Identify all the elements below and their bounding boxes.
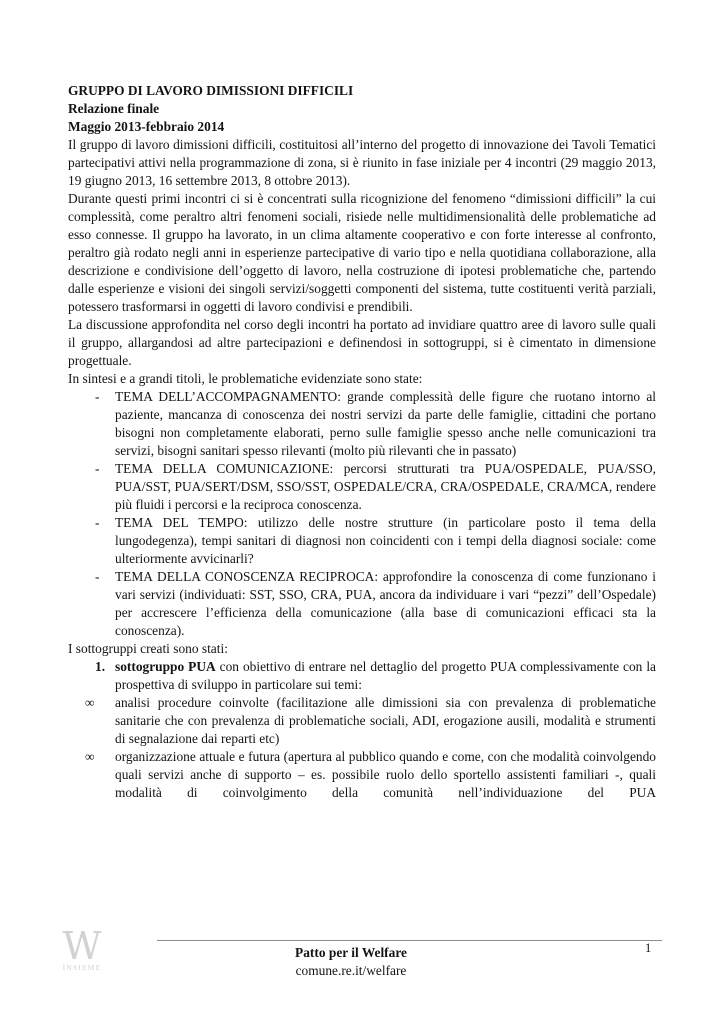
infinity-bullet-marker: ∞ xyxy=(85,748,95,766)
discussion-paragraph: La discussione approfondita nel corso de… xyxy=(68,316,656,370)
dash-bullet-item-accompagnamento: - TEMA DELL’ACCOMPAGNAMENTO: grande comp… xyxy=(68,388,656,460)
dash-bullet-text: TEMA DELL’ACCOMPAGNAMENTO: grande comple… xyxy=(115,389,656,458)
dash-bullet-marker: - xyxy=(95,388,99,406)
numbered-item-bold-text: sottogruppo PUA xyxy=(115,659,216,674)
doc-subtitle: Relazione finale xyxy=(68,100,656,118)
dash-bullet-marker: - xyxy=(95,514,99,532)
infinity-bullet-text: organizzazione attuale e futura (apertur… xyxy=(115,749,656,800)
numbered-item-marker: 1. xyxy=(95,658,105,676)
numbered-item-sottogruppo-pua: 1. sottogruppo PUA con obiettivo di entr… xyxy=(68,658,656,694)
footer-url: comune.re.it/welfare xyxy=(68,962,634,980)
dash-bullet-item-tempo: - TEMA DEL TEMPO: utilizzo delle nostre … xyxy=(68,514,656,568)
summary-lead-paragraph: In sintesi e a grandi titoli, le problem… xyxy=(68,370,656,388)
dash-bullet-text: TEMA DELLA CONOSCENZA RECIPROCA: approfo… xyxy=(115,569,656,638)
infinity-bullet-item-organizzazione: ∞ organizzazione attuale e futura (apert… xyxy=(68,748,656,802)
dash-bullet-text: TEMA DEL TEMPO: utilizzo delle nostre st… xyxy=(115,515,656,566)
infinity-bullet-item-analisi: ∞ analisi procedure coinvolte (facilitaz… xyxy=(68,694,656,748)
dash-bullet-item-conoscenza-reciproca: - TEMA DELLA CONOSCENZA RECIPROCA: appro… xyxy=(68,568,656,640)
footer-divider xyxy=(157,940,662,941)
dash-bullet-text: TEMA DELLA COMUNICAZIONE: percorsi strut… xyxy=(115,461,656,512)
infinity-bullet-marker: ∞ xyxy=(85,694,95,712)
phenomenon-paragraph: Durante questi primi incontri ci si è co… xyxy=(68,190,656,316)
document-body: GRUPPO DI LAVORO DIMISSIONI DIFFICILI Re… xyxy=(68,82,656,802)
dash-bullet-marker: - xyxy=(95,460,99,478)
footer-title: Patto per il Welfare xyxy=(68,944,634,962)
dash-bullet-item-comunicazione: - TEMA DELLA COMUNICAZIONE: percorsi str… xyxy=(68,460,656,514)
doc-title: GRUPPO DI LAVORO DIMISSIONI DIFFICILI xyxy=(68,82,656,100)
subgroups-intro: I sottogruppi creati sono stati: xyxy=(68,640,656,658)
doc-period: Maggio 2013-febbraio 2014 xyxy=(68,118,656,136)
title-block: GRUPPO DI LAVORO DIMISSIONI DIFFICILI Re… xyxy=(68,82,656,136)
page-number: 1 xyxy=(645,941,651,956)
document-page: GRUPPO DI LAVORO DIMISSIONI DIFFICILI Re… xyxy=(0,0,724,1024)
intro-paragraph: Il gruppo di lavoro dimissioni difficili… xyxy=(68,136,656,190)
footer-text-block: Patto per il Welfare comune.re.it/welfar… xyxy=(68,944,634,980)
infinity-bullet-text: analisi procedure coinvolte (facilitazio… xyxy=(115,695,656,746)
dash-bullet-marker: - xyxy=(95,568,99,586)
